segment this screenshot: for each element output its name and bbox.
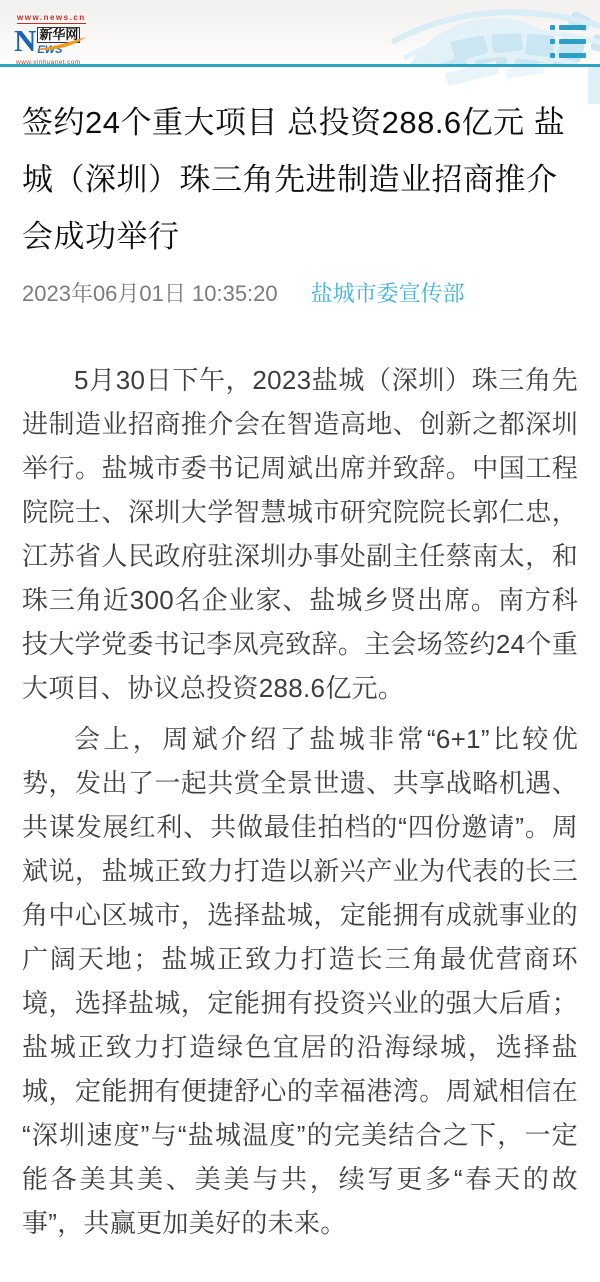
- logo-swoosh-icon: [35, 37, 87, 56]
- site-header: www.news.cn N 新华网 EWS www.xinhuanet.com: [0, 0, 600, 64]
- article-date: 2023年06月01日 10:35:20: [22, 279, 278, 309]
- logo-mark: N 新华网 EWS: [14, 26, 110, 58]
- menu-row: [550, 39, 586, 44]
- header-divider: [0, 64, 600, 67]
- article-paragraph: 5月30日下午，2023盐城（深圳）珠三角先进制造业招商推介会在智造高地、创新之…: [22, 358, 578, 710]
- article-paragraph: 会上，周斌介绍了盐城非常“6+1”比较优势，发出了一起共赏全景世遗、共享战略机遇…: [22, 717, 578, 1245]
- page: www.news.cn N 新华网 EWS www.xinhuanet.com: [0, 0, 600, 1282]
- xinhuanet-logo[interactable]: www.news.cn N 新华网 EWS www.xinhuanet.com: [14, 7, 110, 64]
- menu-dot: [550, 53, 555, 58]
- list-menu-icon[interactable]: [550, 25, 586, 58]
- menu-dot: [550, 39, 555, 44]
- article-body: 5月30日下午，2023盐城（深圳）珠三角先进制造业招商推介会在智造高地、创新之…: [22, 358, 578, 1245]
- menu-row: [550, 25, 586, 30]
- menu-bar: [559, 25, 586, 30]
- page-title: 签约24个重大项目 总投资288.6亿元 盐城（深圳）珠三角先进制造业招商推介会…: [22, 94, 578, 265]
- logo-letter-n: N: [14, 26, 36, 56]
- menu-bar: [559, 53, 586, 58]
- article-meta: 2023年06月01日 10:35:20 盐城市委宣传部: [22, 279, 578, 309]
- article-source-link[interactable]: 盐城市委宣传部: [311, 279, 465, 309]
- menu-bar: [559, 39, 586, 44]
- menu-dot: [550, 25, 555, 30]
- article: 签约24个重大项目 总投资288.6亿元 盐城（深圳）珠三角先进制造业招商推介会…: [0, 94, 600, 1282]
- menu-row: [550, 53, 586, 58]
